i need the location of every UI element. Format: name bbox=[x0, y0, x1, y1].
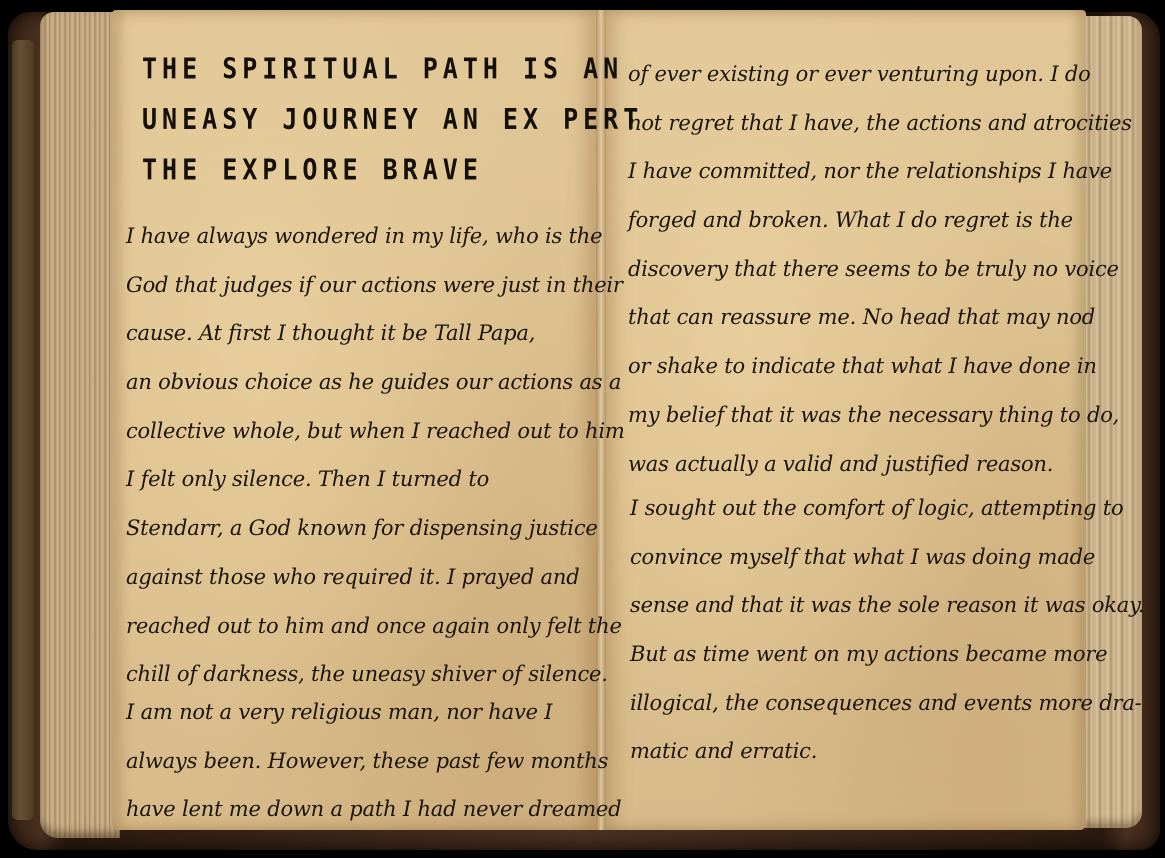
text-line: not regret that I have, the actions and … bbox=[628, 99, 1132, 148]
text-line: Stendarr, a God known for dispensing jus… bbox=[126, 504, 625, 553]
text-line: always been. However, these past few mon… bbox=[126, 737, 621, 786]
left-page-stack bbox=[40, 12, 120, 838]
left-paragraph-2: I am not a very religious man, nor have … bbox=[126, 688, 621, 834]
text-line: was actually a valid and justified reaso… bbox=[628, 440, 1132, 489]
heading-line: THE EXPLORE BRAVE bbox=[142, 145, 562, 196]
text-line: collective whole, but when I reached out… bbox=[126, 407, 625, 456]
text-line: of ever existing or ever venturing upon.… bbox=[628, 50, 1132, 99]
text-line: against those who required it. I prayed … bbox=[126, 553, 625, 602]
text-line: I am not a very religious man, nor have … bbox=[126, 688, 621, 737]
open-book: THE SPIRITUAL PATH IS AN UNEASY JOURNEY … bbox=[0, 0, 1165, 858]
right-paragraph-1: of ever existing or ever venturing upon.… bbox=[628, 50, 1132, 488]
text-line: I have committed, nor the relationships … bbox=[628, 147, 1132, 196]
heading-line: THE SPIRITUAL PATH IS AN bbox=[142, 44, 562, 95]
text-line: sense and that it was the sole reason it… bbox=[630, 581, 1144, 630]
text-line: illogical, the consequences and events m… bbox=[630, 679, 1144, 728]
text-line: my belief that it was the necessary thin… bbox=[628, 391, 1132, 440]
text-line: I have always wondered in my life, who i… bbox=[126, 212, 625, 261]
text-line: or shake to indicate that what I have do… bbox=[628, 342, 1132, 391]
daedric-heading: THE SPIRITUAL PATH IS AN UNEASY JOURNEY … bbox=[142, 44, 562, 196]
right-paragraph-2: I sought out the comfort of logic, attem… bbox=[630, 484, 1144, 776]
text-line: discovery that there seems to be truly n… bbox=[628, 245, 1132, 294]
text-line: God that judges if our actions were just… bbox=[126, 261, 625, 310]
heading-line: UNEASY JOURNEY AN EX PERT bbox=[142, 95, 562, 146]
text-line: forged and broken. What I do regret is t… bbox=[628, 196, 1132, 245]
text-line: convince myself that what I was doing ma… bbox=[630, 533, 1144, 582]
left-paragraph-1: I have always wondered in my life, who i… bbox=[126, 212, 625, 699]
text-line: But as time went on my actions became mo… bbox=[630, 630, 1144, 679]
cover-spine-edge bbox=[12, 40, 34, 820]
text-line: I sought out the comfort of logic, attem… bbox=[630, 484, 1144, 533]
text-line: an obvious choice as he guides our actio… bbox=[126, 358, 625, 407]
text-line: reached out to him and once again only f… bbox=[126, 602, 625, 651]
text-line: cause. At first I thought it be Tall Pap… bbox=[126, 309, 625, 358]
text-line: that can reassure me. No head that may n… bbox=[628, 293, 1132, 342]
text-line: matic and erratic. bbox=[630, 727, 1144, 776]
text-line: I felt only silence. Then I turned to bbox=[126, 455, 625, 504]
text-line: have lent me down a path I had never dre… bbox=[126, 785, 621, 834]
